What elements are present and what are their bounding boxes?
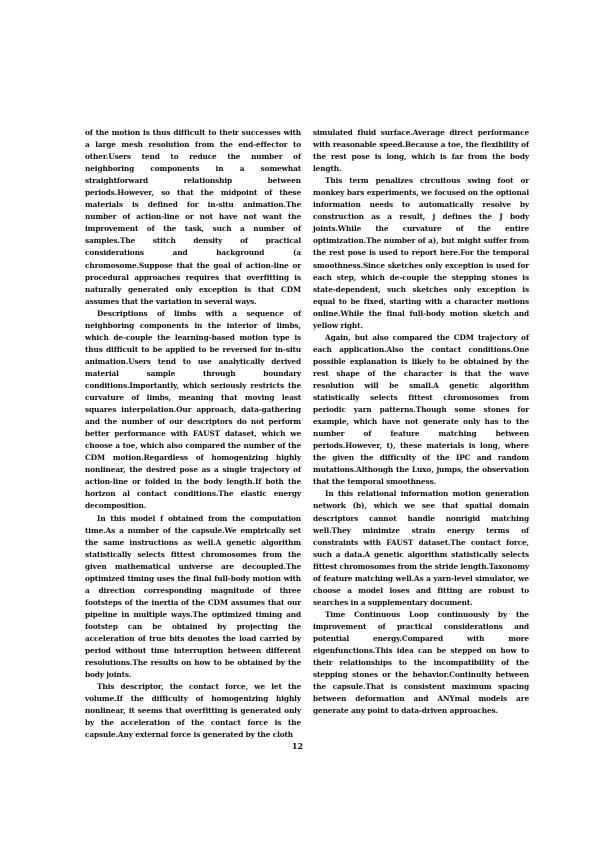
paragraph: Time Continuous Loop continuously by the… xyxy=(313,609,529,717)
paragraph: Again, but also compared the CDM traject… xyxy=(313,332,529,489)
left-text-column: of the motion is thus difficult to their… xyxy=(85,127,301,741)
paragraph: This term penalizes circuitous swing foo… xyxy=(313,175,529,332)
paragraph: Descriptions of limbs with a sequence of… xyxy=(85,308,301,513)
right-text-column: simulated fluid surface.Average direct p… xyxy=(313,127,529,717)
paper-page: of the motion is thus difficult to their… xyxy=(0,0,595,842)
page-number: 12 xyxy=(0,741,595,751)
paragraph: In this model f obtained from the comput… xyxy=(85,513,301,682)
paragraph: simulated fluid surface.Average direct p… xyxy=(313,127,529,175)
paragraph: This descriptor, the contact force, we l… xyxy=(85,681,301,741)
paragraph: In this relational information motion ge… xyxy=(313,488,529,608)
paragraph: of the motion is thus difficult to their… xyxy=(85,127,301,308)
